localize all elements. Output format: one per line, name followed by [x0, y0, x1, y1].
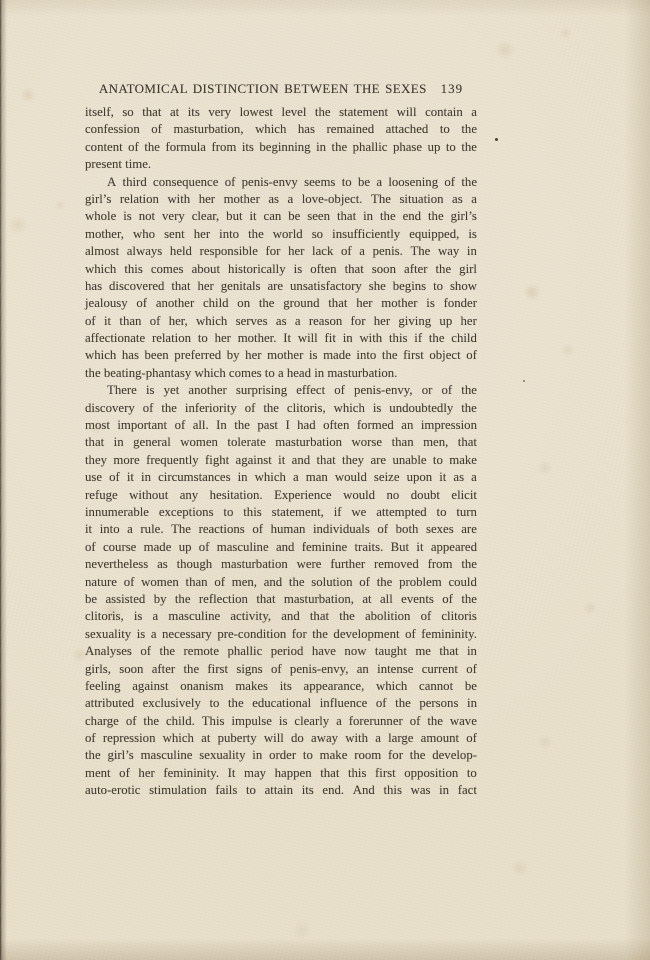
- word: undoubtedly: [389, 400, 453, 417]
- word: at: [362, 591, 371, 608]
- word: in: [439, 782, 449, 799]
- word: attain: [265, 782, 293, 799]
- word: girls,: [85, 661, 111, 678]
- word: jealousy: [85, 295, 128, 312]
- word: made: [144, 539, 172, 556]
- text-line: clitoris,isamasculineactivity,andthatthe…: [85, 608, 477, 625]
- word: away: [311, 730, 338, 747]
- word: than: [186, 574, 208, 591]
- word: develop-: [432, 747, 477, 764]
- word: which: [196, 313, 227, 330]
- word: the: [263, 400, 279, 417]
- word: affectionate: [85, 330, 145, 347]
- word: very: [208, 104, 231, 121]
- word: remained: [327, 121, 375, 138]
- word: of: [85, 539, 96, 556]
- word: is: [146, 382, 155, 399]
- word: has: [122, 347, 139, 364]
- word: the: [436, 261, 452, 278]
- word: which: [163, 730, 194, 747]
- page-body: itself,sothatatitsverylowestlevelthestat…: [85, 104, 477, 800]
- word: itself,: [85, 104, 114, 121]
- word: fonder: [444, 295, 477, 312]
- word: sexuality: [85, 626, 131, 643]
- word: exceptions: [159, 504, 214, 521]
- word: puberty: [218, 730, 257, 747]
- word: of: [444, 174, 455, 191]
- word: it: [85, 521, 92, 538]
- word: by: [154, 591, 167, 608]
- word: phallic: [353, 139, 388, 156]
- word: she: [369, 278, 386, 295]
- paragraph: Athirdconsequenceofpenis-envyseemstobeal…: [85, 174, 477, 383]
- word: of: [128, 139, 139, 156]
- word: the: [183, 661, 199, 678]
- word: which: [376, 678, 407, 695]
- word: begins: [393, 278, 426, 295]
- word: were: [297, 556, 322, 573]
- word: of: [245, 400, 256, 417]
- word: no: [387, 487, 400, 504]
- text-line: the beating-phantasy which comes to a he…: [85, 365, 477, 382]
- word: her: [194, 226, 210, 243]
- word: first: [403, 347, 424, 364]
- word: often: [323, 417, 349, 434]
- word: had: [297, 417, 315, 434]
- word: and: [292, 452, 310, 469]
- word: and: [281, 608, 299, 625]
- word: that: [171, 278, 190, 295]
- word: that: [345, 261, 364, 278]
- word: third: [123, 174, 147, 191]
- word: the: [461, 591, 477, 608]
- word: that: [439, 643, 458, 660]
- word: her: [197, 278, 213, 295]
- text-line: natureofwomenthanofmen,andthesolutionoft…: [85, 574, 477, 591]
- word: abolition: [365, 608, 411, 625]
- word: this: [243, 504, 262, 521]
- word: surprising: [236, 382, 287, 399]
- word: a: [336, 713, 342, 730]
- word: but: [226, 208, 242, 225]
- word: discovered: [109, 278, 164, 295]
- word: giving: [398, 313, 431, 330]
- word: wave: [450, 713, 477, 730]
- word: that: [85, 434, 104, 451]
- word: loosening: [388, 174, 438, 191]
- word: happen: [275, 765, 312, 782]
- word: love-object.: [302, 191, 363, 208]
- word: of: [124, 574, 135, 591]
- word: nevertheless: [85, 556, 148, 573]
- word: fails: [215, 782, 237, 799]
- word: in: [141, 469, 151, 486]
- word: it: [278, 452, 285, 469]
- word: both: [396, 521, 419, 538]
- word: circumstances: [158, 469, 230, 486]
- word: girl: [459, 261, 477, 278]
- word: the: [228, 695, 244, 712]
- word: pre-condition: [217, 626, 286, 643]
- word: an: [357, 661, 369, 678]
- text-line: useofitincircumstancesinwhichamanwouldse…: [85, 469, 477, 486]
- word: a: [288, 191, 294, 208]
- word: content: [85, 139, 123, 156]
- word: it: [127, 469, 134, 486]
- word: would: [343, 487, 375, 504]
- word: the: [289, 574, 305, 591]
- word: the: [429, 330, 445, 347]
- word: phallic: [227, 643, 262, 660]
- text-line: whichhasbeenpreferredbyhermotherismadein…: [85, 347, 477, 364]
- word: than: [392, 434, 414, 451]
- word: held: [170, 243, 192, 260]
- word: It: [283, 330, 291, 347]
- word: the: [461, 174, 477, 191]
- word: a: [375, 730, 381, 747]
- word: sent: [164, 226, 185, 243]
- word: would: [335, 469, 367, 486]
- word: In: [216, 417, 227, 434]
- word: be: [358, 174, 370, 191]
- word: was: [411, 782, 431, 799]
- word: makes: [235, 678, 268, 695]
- running-head: ANATOMICAL DISTINCTION BETWEEN THE SEXES…: [85, 81, 477, 97]
- word: that: [256, 591, 275, 608]
- word: clitoris,: [287, 400, 326, 417]
- word: yet: [164, 382, 180, 399]
- word: are: [461, 521, 477, 538]
- word: solution: [311, 574, 352, 591]
- word: who: [133, 226, 155, 243]
- word: from: [428, 556, 453, 573]
- word: cannot: [419, 678, 453, 695]
- word: statement: [339, 104, 388, 121]
- word: of: [214, 574, 225, 591]
- text-line: present time.: [85, 156, 477, 173]
- word: activity,: [230, 608, 271, 625]
- word: to: [198, 330, 208, 347]
- word: room: [354, 747, 381, 764]
- word: be: [465, 678, 477, 695]
- word: of: [466, 347, 477, 364]
- word: the: [380, 208, 396, 225]
- word: mother: [381, 295, 417, 312]
- text-line: Analysesoftheremotephallicperiodhavenowt…: [85, 643, 477, 660]
- stain: [54, 199, 66, 211]
- word: as: [452, 191, 463, 208]
- word: is: [137, 626, 146, 643]
- word: world: [273, 226, 303, 243]
- text-line: attributedexclusivelytotheeducationalinf…: [85, 695, 477, 712]
- word: from: [211, 139, 236, 156]
- word: of: [376, 695, 387, 712]
- word: Analyses: [85, 643, 132, 660]
- word: of: [151, 121, 162, 138]
- word: any: [180, 487, 198, 504]
- word: as: [453, 469, 464, 486]
- word: lack: [312, 243, 333, 260]
- word: than: [119, 313, 141, 330]
- word: confession: [85, 121, 140, 138]
- word: that: [337, 208, 356, 225]
- word: girl’s: [107, 747, 133, 764]
- word: is: [373, 400, 382, 417]
- word: is: [468, 226, 477, 243]
- word: of: [143, 400, 154, 417]
- word: intense: [377, 661, 413, 678]
- word: remote: [184, 643, 220, 660]
- word: the: [428, 208, 444, 225]
- word: beginning: [259, 139, 310, 156]
- word: a: [359, 243, 365, 260]
- word: to: [223, 504, 233, 521]
- word: which: [85, 261, 116, 278]
- word: a: [471, 104, 477, 121]
- word: always: [127, 243, 163, 260]
- word: of: [442, 382, 453, 399]
- text-line: jealousyofanotherchildonthegroundthather…: [85, 295, 477, 312]
- word: serves: [236, 313, 268, 330]
- stain: [537, 734, 553, 750]
- word: to: [342, 174, 352, 191]
- word: whole: [85, 208, 116, 225]
- word: This: [202, 713, 225, 730]
- word: ground: [283, 295, 319, 312]
- text-line: ofrepressionwhichatpubertywilldoawaywith…: [85, 730, 477, 747]
- word: insufficiently: [332, 226, 400, 243]
- word: up: [439, 313, 452, 330]
- word: femininity.: [163, 765, 219, 782]
- word: preferred: [174, 347, 221, 364]
- word: so: [122, 104, 133, 121]
- word: of: [150, 313, 161, 330]
- word: stimulation: [149, 782, 207, 799]
- word: appeared: [431, 539, 477, 556]
- word: so: [312, 226, 323, 243]
- word: to: [446, 139, 456, 156]
- word: that: [320, 765, 339, 782]
- word: at: [201, 730, 210, 747]
- word: attributed: [85, 695, 134, 712]
- word: the: [461, 556, 477, 573]
- word: lowest: [240, 104, 273, 121]
- word: it: [104, 313, 111, 330]
- text-line: innumerableexceptionstothisstatement,ifw…: [85, 504, 477, 521]
- text-line: refugewithoutanyhesitation.Experiencewou…: [85, 487, 477, 504]
- word: her: [374, 313, 390, 330]
- word: mother: [267, 347, 303, 364]
- word: with: [359, 330, 382, 347]
- word: to: [209, 695, 219, 712]
- word: that: [328, 295, 347, 312]
- stain: [561, 343, 575, 357]
- word: removed: [374, 556, 419, 573]
- word: have: [312, 643, 336, 660]
- word: this: [124, 261, 143, 278]
- word: innumerable: [85, 504, 149, 521]
- text-line: whichthiscomesabouthistoricallyisoftenth…: [85, 261, 477, 278]
- word: reason: [309, 313, 342, 330]
- word: that: [310, 608, 329, 625]
- word: the: [427, 713, 443, 730]
- word: the: [259, 295, 275, 312]
- word: after: [152, 661, 175, 678]
- word: first: [375, 765, 396, 782]
- word: as: [157, 556, 168, 573]
- word: There: [107, 382, 137, 399]
- word: and: [264, 574, 282, 591]
- word: all.: [193, 417, 209, 434]
- word: seen: [307, 208, 330, 225]
- word: the: [410, 747, 426, 764]
- page-number: 139: [441, 81, 464, 97]
- word: turn: [456, 504, 477, 521]
- word: though: [177, 556, 213, 573]
- word: about: [192, 261, 220, 278]
- word: they: [342, 452, 364, 469]
- word: to: [437, 504, 447, 521]
- text-line: Athirdconsequenceofpenis-envyseemstobeal…: [85, 174, 477, 191]
- word: charge: [85, 713, 119, 730]
- word: refuge: [85, 487, 118, 504]
- word: use: [85, 469, 102, 486]
- word: soon: [372, 261, 396, 278]
- stain: [511, 859, 529, 877]
- word: if: [334, 504, 342, 521]
- word: impression: [421, 417, 477, 434]
- word: fit: [325, 330, 336, 347]
- word: Experience: [274, 487, 332, 504]
- word: of: [140, 643, 151, 660]
- word: mother: [224, 191, 260, 208]
- word: course: [103, 539, 136, 556]
- paragraph: Thereisyetanothersurprisingeffectofpenis…: [85, 382, 477, 799]
- word: reactions: [199, 521, 245, 538]
- word: that: [458, 434, 477, 451]
- word: the: [377, 574, 393, 591]
- word: be: [288, 208, 300, 225]
- text-line: affectionaterelationtohermother.Itwillfi…: [85, 330, 477, 347]
- word: is: [309, 347, 318, 364]
- word: in: [252, 747, 262, 764]
- word: which: [85, 347, 116, 364]
- word: persons: [419, 695, 458, 712]
- word: with: [167, 191, 190, 208]
- text-line: feelingagainstonanismmakesitsappearance,…: [85, 678, 477, 695]
- word: educational: [252, 695, 311, 712]
- word: been: [145, 347, 169, 364]
- book-page-scan: ANATOMICAL DISTINCTION BETWEEN THE SEXES…: [0, 0, 650, 960]
- word: the: [161, 400, 177, 417]
- text-line: mostimportantofall.InthepastIhadoftenfor…: [85, 417, 477, 434]
- text-line: ofitthanofher,whichservesasareasonforher…: [85, 313, 477, 330]
- word: it: [416, 539, 423, 556]
- word: to: [303, 747, 313, 764]
- word: a: [293, 469, 299, 486]
- word: phase: [393, 139, 422, 156]
- word: formed: [357, 417, 394, 434]
- word: this: [348, 765, 367, 782]
- word: may: [244, 765, 266, 782]
- word: development: [333, 626, 399, 643]
- text-line: itintoarule.Thereactionsofhumanindividua…: [85, 521, 477, 538]
- word: its: [242, 139, 254, 156]
- word: in: [467, 243, 477, 260]
- word: child.: [166, 713, 195, 730]
- word: will: [264, 730, 284, 747]
- word: of: [271, 661, 282, 678]
- word: this: [389, 330, 408, 347]
- word: her: [199, 191, 215, 208]
- word: of: [466, 730, 477, 747]
- text-line: chargeofthechild.Thisimpulseisclearlyafo…: [85, 713, 477, 730]
- word: without: [129, 487, 168, 504]
- word: current: [422, 661, 458, 678]
- word: can: [264, 208, 282, 225]
- word: with: [345, 730, 368, 747]
- word: the: [248, 226, 264, 243]
- word: responsible: [200, 243, 258, 260]
- stain: [292, 920, 312, 940]
- text-line: hasdiscoveredthathergenitalsareunsatisfa…: [85, 278, 477, 295]
- word: the: [159, 643, 175, 660]
- word: amount: [421, 730, 459, 747]
- word: very: [162, 208, 185, 225]
- text-line: almostalwaysheldresponsibleforherlackofa…: [85, 243, 477, 260]
- word: signs: [236, 661, 262, 678]
- word: the: [461, 139, 477, 156]
- word: another: [188, 382, 226, 399]
- word: the: [85, 747, 101, 764]
- word: seems: [304, 174, 335, 191]
- running-head-title: ANATOMICAL DISTINCTION BETWEEN THE SEXES: [99, 81, 427, 97]
- word: ment: [85, 765, 111, 782]
- text-line: wholeisnotveryclear,butitcanbeseenthatin…: [85, 208, 477, 225]
- word: first: [207, 661, 228, 678]
- word: its: [302, 782, 314, 799]
- word: on: [237, 295, 250, 312]
- word: forerunner: [349, 713, 403, 730]
- word: her: [138, 765, 154, 782]
- word: appearance,: [304, 678, 365, 695]
- word: up: [179, 539, 192, 556]
- word: a: [471, 191, 477, 208]
- word: penis-envy,: [290, 661, 349, 678]
- word: of: [377, 521, 388, 538]
- word: the: [175, 591, 191, 608]
- word: exclusively: [143, 695, 201, 712]
- word: not: [139, 208, 155, 225]
- word: way: [438, 243, 459, 260]
- text-line: mentofherfemininity.Itmayhappenthatthisf…: [85, 765, 477, 782]
- word: of: [225, 174, 236, 191]
- text-line: neverthelessasthoughmasturbationwerefurt…: [85, 556, 477, 573]
- word: tolerate: [227, 434, 265, 451]
- word: the: [461, 121, 477, 138]
- word: an: [401, 417, 413, 434]
- word: show: [450, 278, 477, 295]
- word: statement,: [272, 504, 324, 521]
- word: taught: [375, 643, 407, 660]
- word: as: [276, 313, 287, 330]
- text-line: discoveryoftheinferiorityoftheclitoris,w…: [85, 400, 477, 417]
- text-line: girl’srelationwithhermotherasalove-objec…: [85, 191, 477, 208]
- word: onanism: [180, 678, 223, 695]
- word: of: [334, 382, 345, 399]
- word: could: [448, 574, 476, 591]
- word: of: [341, 243, 352, 260]
